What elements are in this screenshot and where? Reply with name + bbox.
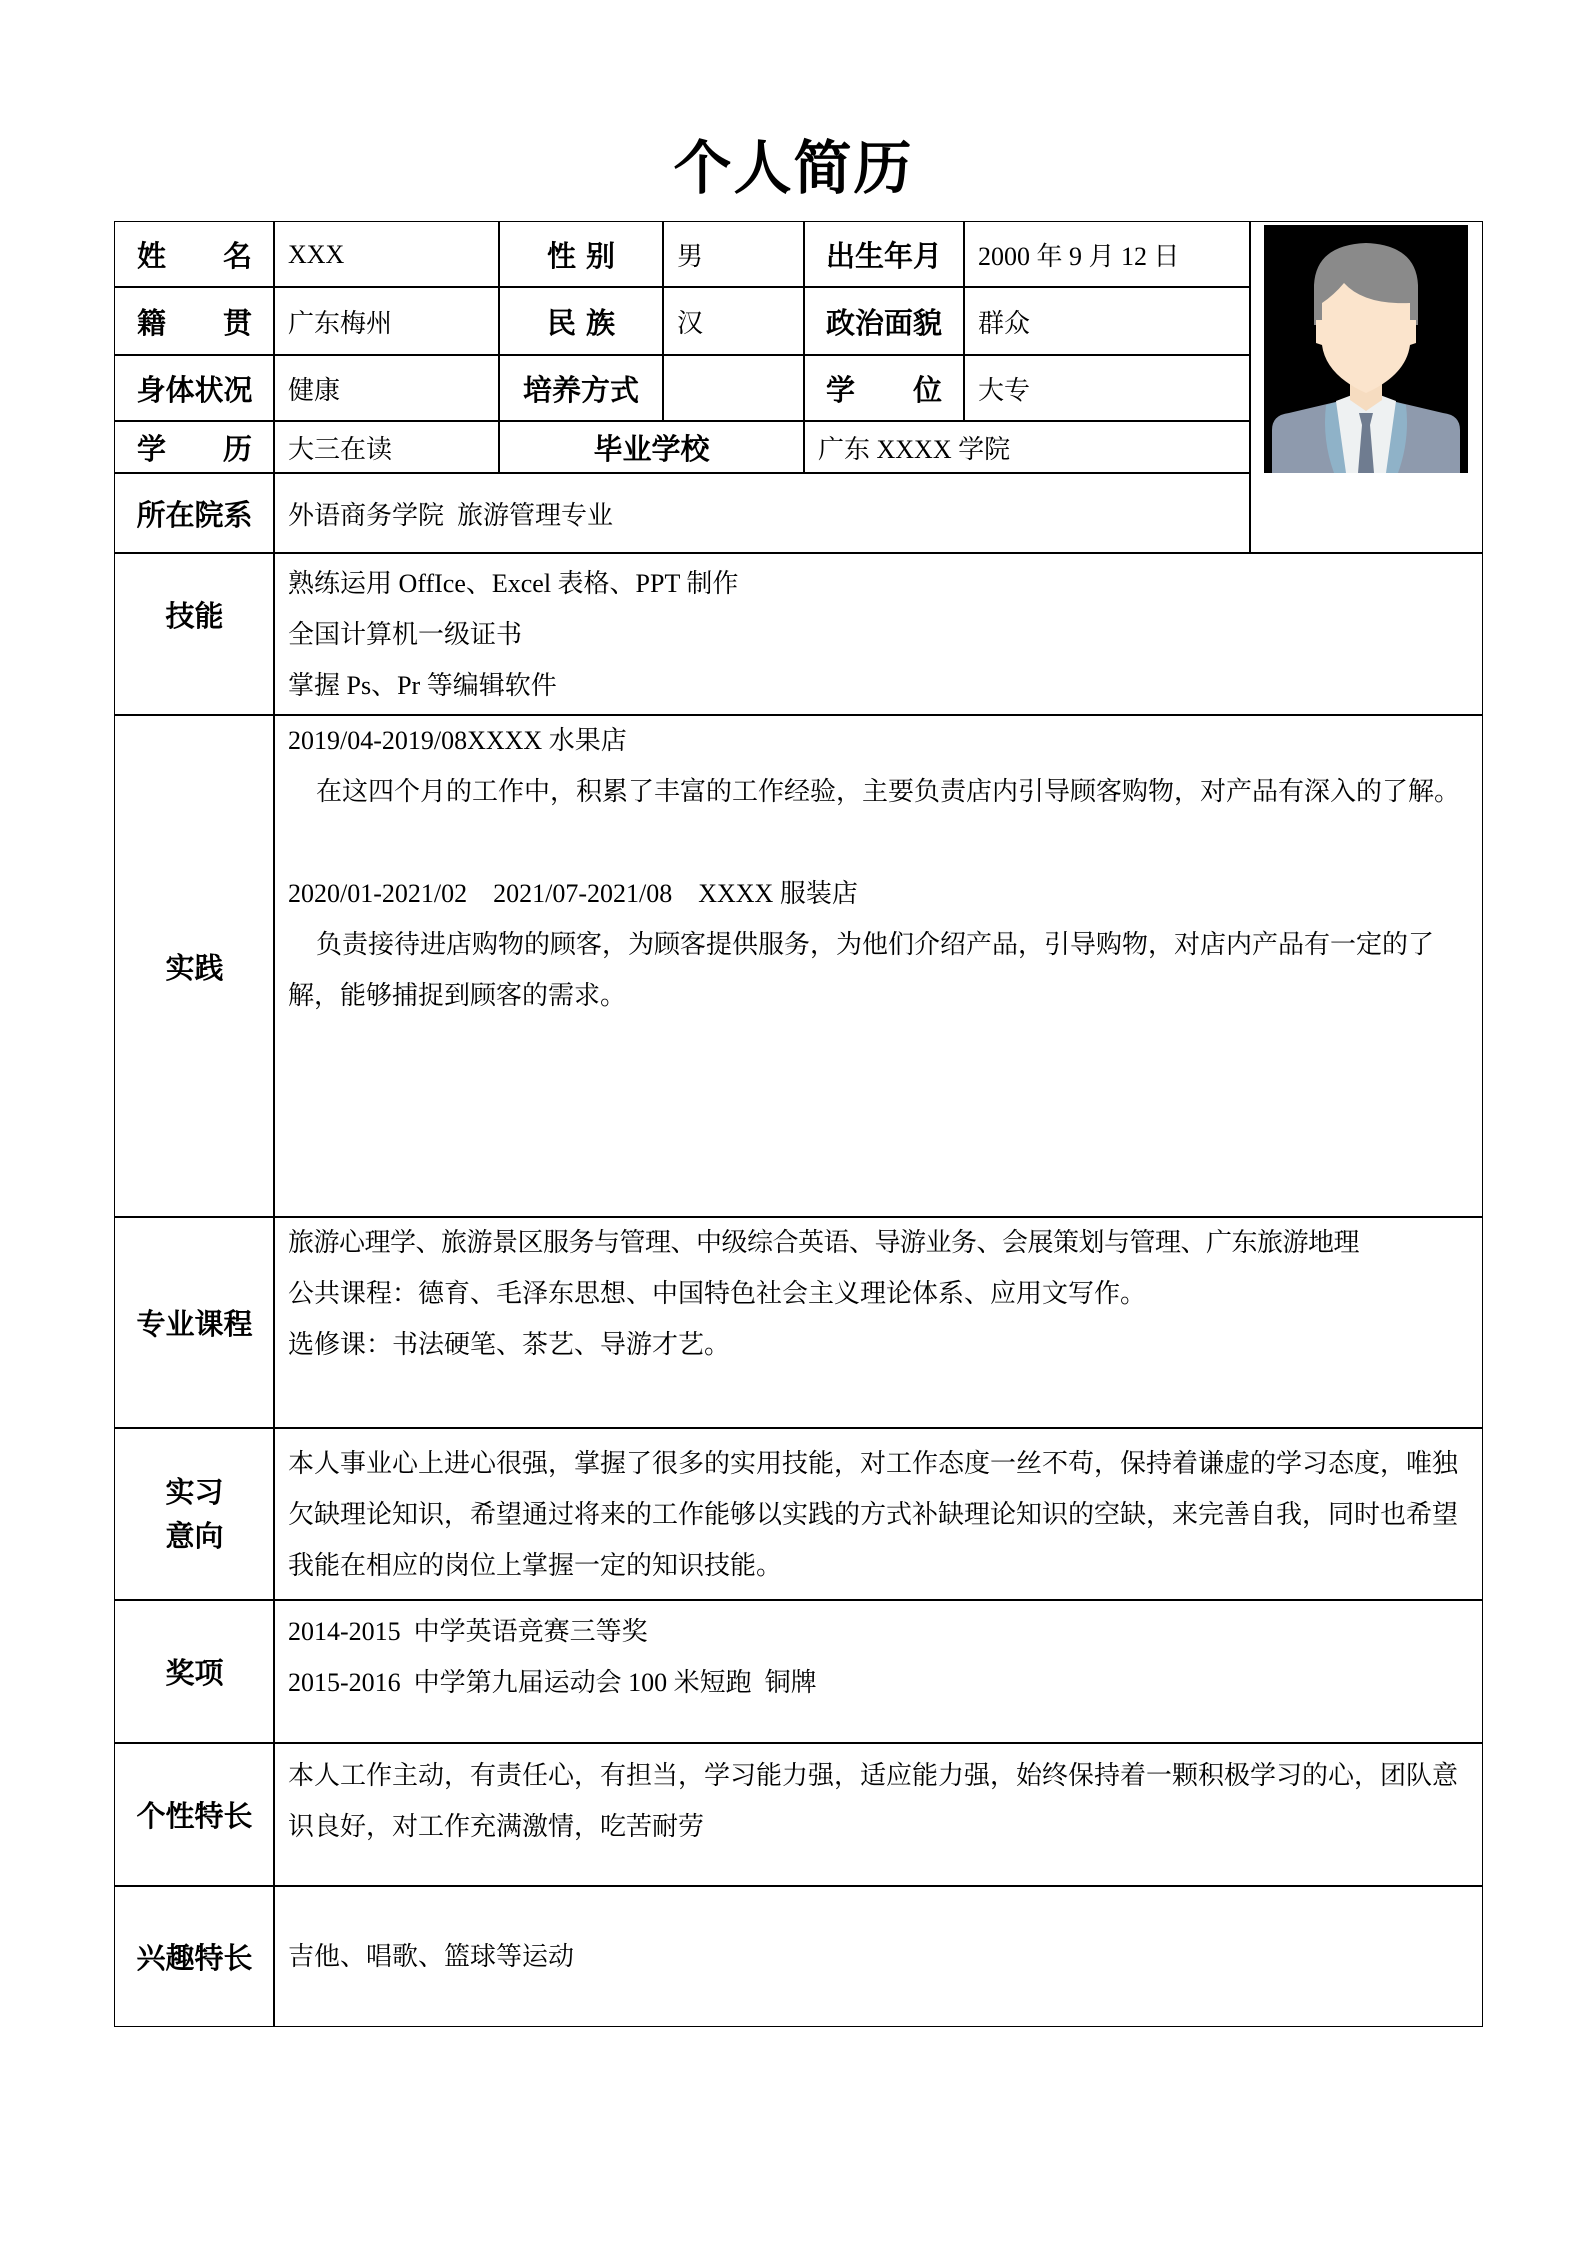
department-label: 所在院系: [114, 472, 275, 554]
health-label: 身体状况: [114, 354, 275, 422]
resume-table: 姓 名 XXX 性 别 男 出生年月 2000 年 9 月 12 日 籍 贯 广…: [0, 0, 1587, 2245]
department-value: 外语商务学院 旅游管理专业: [273, 472, 1251, 554]
award-item: 2014-2015 中学英语竞赛三等奖: [288, 1606, 648, 1657]
native-place-value: 广东梅州: [273, 286, 500, 356]
intent-text: 本人事业心上进心很强，掌握了很多的实用技能，对工作态度一丝不苟，保持着谦虚的学习…: [288, 1438, 1468, 1591]
school-value: 广东 XXXX 学院: [803, 420, 1251, 474]
education-label-char-2: 历: [223, 427, 252, 468]
courses-content: 旅游心理学、旅游景区服务与管理、中级综合英语、导游业务、会展策划与管理、广东旅游…: [273, 1216, 1483, 1429]
internship-intent-content: 本人事业心上进心很强，掌握了很多的实用技能，对工作态度一丝不苟，保持着谦虚的学习…: [273, 1427, 1483, 1601]
course-line: 选修课：书法硬笔、茶艺、导游才艺。: [288, 1319, 730, 1370]
birth-label: 出生年月: [803, 221, 965, 288]
name-label: 姓 名: [114, 221, 275, 288]
practice-entry-header: 2020/01-2021/02 2021/07-2021/08 XXXX 服装店: [288, 868, 858, 919]
award-item: 2015-2016 中学第九届运动会 100 米短跑 铜牌: [288, 1657, 817, 1708]
personality-label: 个性特长: [114, 1742, 275, 1887]
political-status-value: 群众: [963, 286, 1251, 356]
practice-content: 2019/04-2019/08XXXX 水果店 在这四个月的工作中，积累了丰富的…: [273, 714, 1483, 1218]
degree-label: 学 位: [803, 354, 965, 422]
gender-label: 性 别: [498, 221, 664, 288]
training-mode-label: 培养方式: [498, 354, 664, 422]
school-label: 毕业学校: [498, 420, 805, 474]
health-value: 健康: [273, 354, 500, 422]
intent-label-line: 实习: [165, 1470, 223, 1514]
name-label-char-1: 姓: [137, 234, 166, 275]
name-label-char-2: 名: [223, 234, 252, 275]
gender-value: 男: [662, 221, 805, 288]
degree-label-char-1: 学: [826, 368, 855, 409]
course-line: 旅游心理学、旅游景区服务与管理、中级综合英语、导游业务、会展策划与管理、广东旅游…: [288, 1217, 1359, 1268]
skill-item: 全国计算机一级证书: [288, 609, 522, 660]
practice-label: 实践: [114, 714, 275, 1218]
degree-value: 大专: [963, 354, 1251, 422]
ethnicity-value: 汉: [662, 286, 805, 356]
courses-label: 专业课程: [114, 1216, 275, 1429]
avatar-icon: [1264, 225, 1468, 473]
native-label-char-2: 贯: [223, 301, 252, 342]
awards-content: 2014-2015 中学英语竞赛三等奖 2015-2016 中学第九届运动会 1…: [273, 1599, 1483, 1744]
hobbies-content: 吉他、唱歌、篮球等运动: [273, 1885, 1483, 2027]
hobbies-label: 兴趣特长: [114, 1885, 275, 2027]
internship-intent-label: 实习 意向: [114, 1427, 275, 1601]
profile-photo: [1264, 225, 1468, 473]
personality-text: 本人工作主动，有责任心，有担当，学习能力强，适应能力强，始终保持着一颗积极学习的…: [288, 1750, 1468, 1852]
hobbies-text: 吉他、唱歌、篮球等运动: [288, 1931, 574, 1982]
education-label-char-1: 学: [137, 427, 166, 468]
intent-label-line: 意向: [165, 1514, 223, 1558]
personality-content: 本人工作主动，有责任心，有担当，学习能力强，适应能力强，始终保持着一颗积极学习的…: [273, 1742, 1483, 1887]
education-label: 学 历: [114, 420, 275, 474]
training-mode-value: [662, 354, 805, 422]
native-label-char-1: 籍: [137, 301, 166, 342]
birth-value: 2000 年 9 月 12 日: [963, 221, 1251, 288]
practice-entry-desc: 负责接待进店购物的顾客，为顾客提供服务，为他们介绍产品，引导购物，对店内产品有一…: [288, 919, 1468, 1021]
awards-label: 奖项: [114, 1599, 275, 1744]
ethnicity-label: 民 族: [498, 286, 664, 356]
practice-entry-header: 2019/04-2019/08XXXX 水果店: [288, 715, 627, 766]
political-status-label: 政治面貌: [803, 286, 965, 356]
skill-item: 熟练运用 OffIce、Excel 表格、PPT 制作: [288, 558, 738, 609]
degree-label-char-2: 位: [913, 368, 942, 409]
skills-content: 熟练运用 OffIce、Excel 表格、PPT 制作 全国计算机一级证书 掌握…: [273, 552, 1483, 716]
practice-entry-desc: 在这四个月的工作中，积累了丰富的工作经验，主要负责店内引导顾客购物，对产品有深入…: [288, 766, 1468, 817]
education-value: 大三在读: [273, 420, 500, 474]
course-line: 公共课程：德育、毛泽东思想、中国特色社会主义理论体系、应用文写作。: [288, 1268, 1146, 1319]
native-place-label: 籍 贯: [114, 286, 275, 356]
skill-item: 掌握 Ps、Pr 等编辑软件: [288, 660, 557, 711]
skills-label: 技能: [114, 552, 275, 716]
name-value: XXX: [273, 221, 500, 288]
